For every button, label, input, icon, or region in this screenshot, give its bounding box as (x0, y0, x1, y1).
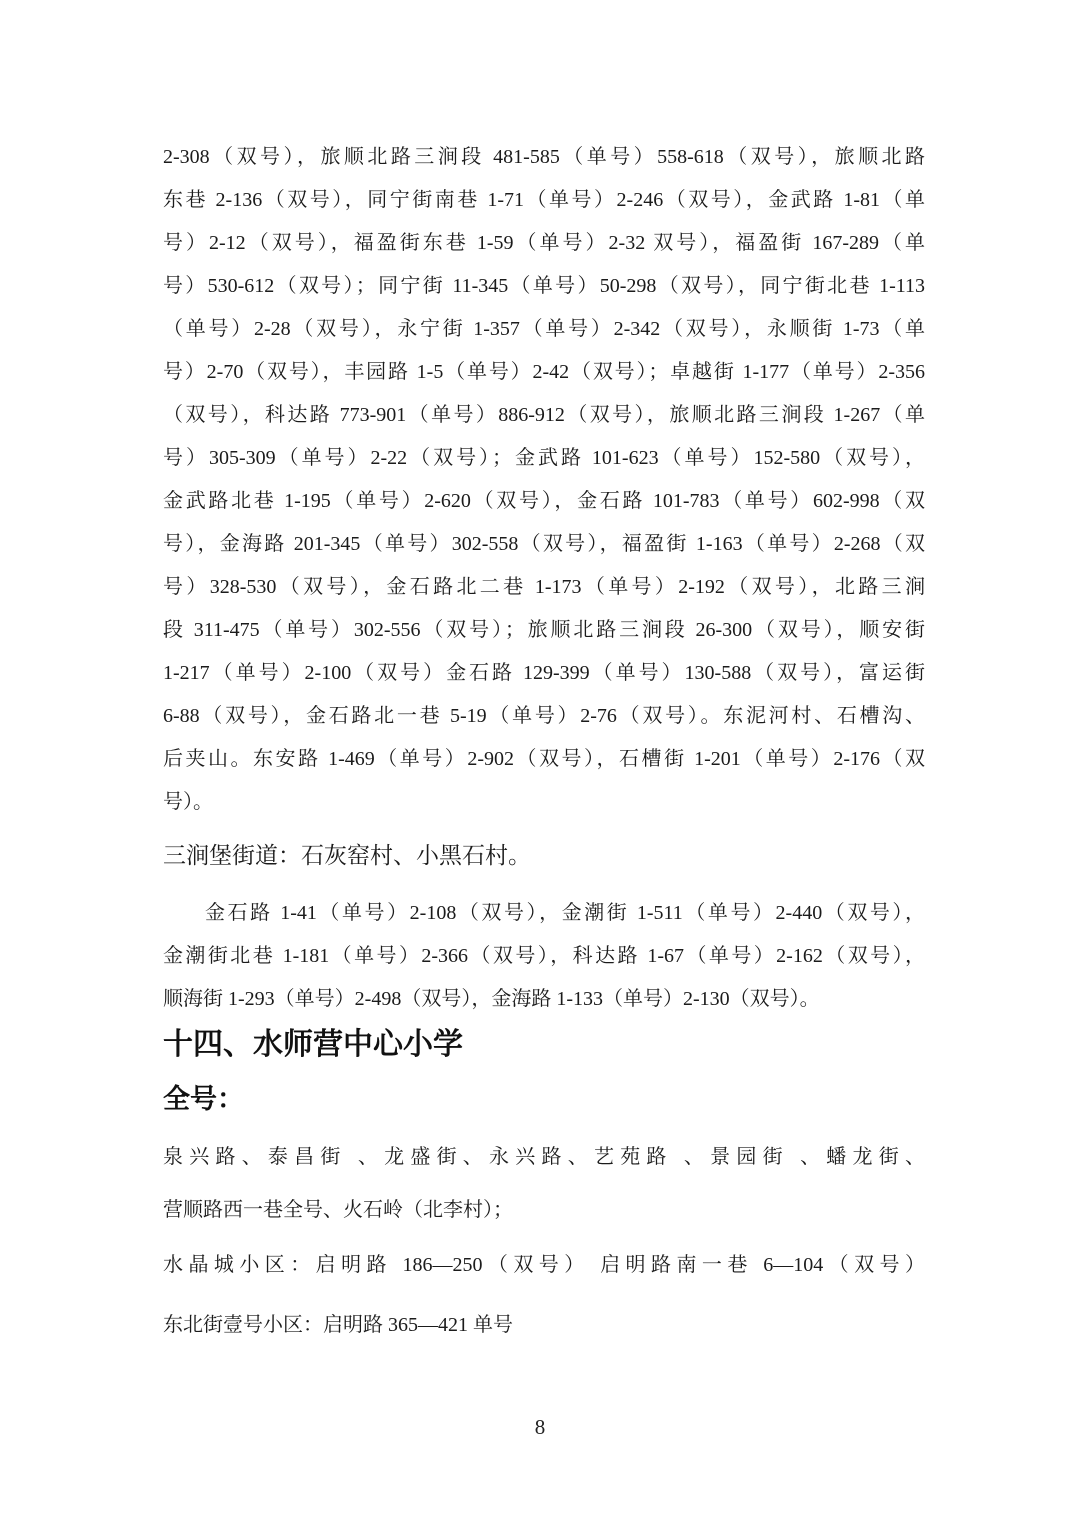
address-paragraph-1: 2-308（双号），旅顺北路三涧段 481-585（单号）558-618（双号）… (163, 136, 925, 824)
body-line: 号），金海路 201-345（单号）302-558（双号），福盈街 1-163（… (163, 523, 925, 566)
body-line: 6-88（双号），金石路北一巷 5-19（单号）2-76（双号）。东泥河村、石槽… (163, 695, 925, 738)
body-line: （双号），科达路 773-901（单号）886-912（双号），旅顺北路三涧段 … (163, 394, 925, 437)
body-line: 号）305-309（单号）2-22（双号）；金武路 101-623（单号）152… (163, 437, 925, 480)
page-number: 8 (0, 1413, 1080, 1441)
street-list-line: 营顺路西一巷全号、火石岭（北李村）； (163, 1188, 925, 1232)
body-line: 号）328-530（双号），金石路北二巷 1-173（单号）2-192（双号），… (163, 566, 925, 609)
body-line: 号）2-12（双号），福盈街东巷 1-59（单号）2-32 双号），福盈街 16… (163, 222, 925, 265)
body-line: 2-308（双号），旅顺北路三涧段 481-585（单号）558-618（双号）… (163, 136, 925, 179)
body-line: 金武路北巷 1-195（单号）2-620（双号），金石路 101-783（单号）… (163, 480, 925, 523)
body-line: 金石路 1-41（单号）2-108（双号），金潮街 1-511（单号）2-440… (163, 892, 925, 935)
street-list-line: 泉兴路、泰昌街 、龙盛街、永兴路、艺苑路 、景园街 、蟠龙街、 (163, 1135, 925, 1179)
body-line: 东巷 2-136（双号），同宁街南巷 1-71（单号）2-246（双号），金武路… (163, 179, 925, 222)
subsection-heading: 三涧堡街道：石灰窑村、小黑石村。 (163, 834, 925, 878)
body-line: 后夹山。东安路 1-469（单号）2-902（双号），石槽街 1-201（单号）… (163, 738, 925, 781)
chapter-heading: 十四、水师营中心小学 (163, 1021, 925, 1069)
street-list-line: 水晶城小区：启明路 186—250（双号） 启明路南一巷 6—104（双号） (163, 1243, 925, 1287)
body-line: 号）。 (163, 781, 925, 824)
body-line: 1-217（单号）2-100（双号）金石路 129-399（单号）130-588… (163, 652, 925, 695)
body-line: 段 311-475（单号）302-556（双号）；旅顺北路三涧段 26-300（… (163, 609, 925, 652)
body-line: 顺海街 1-293（单号）2-498（双号），金海路 1-133（单号）2-13… (163, 978, 925, 1021)
body-line: 号）2-70（双号），丰园路 1-5（单号）2-42（双号）；卓越街 1-177… (163, 351, 925, 394)
range-heading: 全号： (163, 1078, 925, 1122)
street-list-line: 东北街壹号小区：启明路 365—421 单号 (163, 1303, 925, 1347)
document-content: 2-308（双号），旅顺北路三涧段 481-585（单号）558-618（双号）… (163, 136, 925, 1347)
document-page: 2-308（双号），旅顺北路三涧段 481-585（单号）558-618（双号）… (0, 0, 1080, 1526)
address-paragraph-2: 金石路 1-41（单号）2-108（双号），金潮街 1-511（单号）2-440… (163, 892, 925, 1021)
body-line: 号）530-612（双号）；同宁街 11-345（单号）50-298（双号），同… (163, 265, 925, 308)
body-line: 金潮街北巷 1-181（单号）2-366（双号），科达路 1-67（单号）2-1… (163, 935, 925, 978)
body-line: （单号）2-28（双号），永宁街 1-357（单号）2-342（双号），永顺街 … (163, 308, 925, 351)
